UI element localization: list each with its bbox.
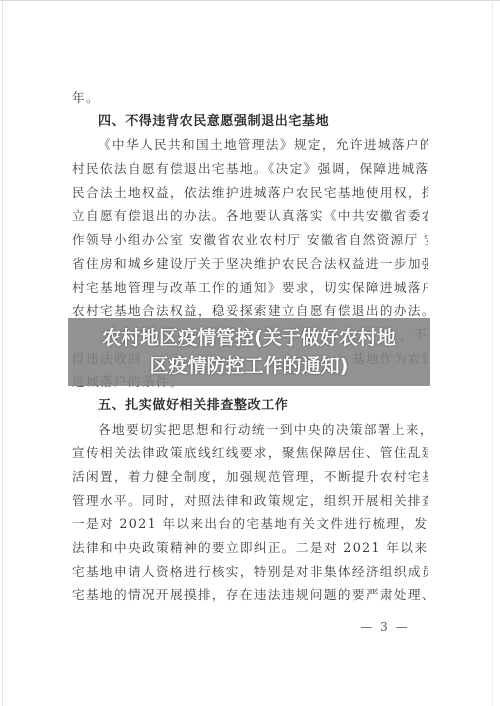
text-line: 村宅基地管理与改革工作的通知》要求，切实保障进城落户农民 [72,276,428,300]
text-line: 村民依法自愿有偿退出宅基地。《决定》强调，保障进城落户农 [72,157,428,181]
text-line: 法律和中央政策精神的要立即纠正。二是对 2021 年以来审批的 [72,536,428,560]
section-heading-5: 五、扎实做好相关排查整改工作 [72,394,428,418]
page-edge-left [2,0,3,706]
section-heading-4: 四、不得违背农民意愿强制退出宅基地 [72,110,428,134]
page-edge-top [0,0,500,1]
text-line: 一是对 2021 年以来出台的宅基地有关文件进行梳理，发现违反 [72,512,428,536]
text-line: 管理水平。同时，对照法律和政策规定，组织开展相关排查整改。 [72,489,428,513]
overlay-title-line-2: 区疫情防控工作的通知) [68,352,430,380]
overlay-title: 农村地区疫情管控(关于做好农村地 区疫情防控工作的通知) [68,318,430,380]
text-line: 省住房和城乡建设厅关于坚决维护农民合法权益进一步加强农 [72,252,428,276]
page-edge-right [492,0,493,706]
text-line: 立自愿有偿退出的办法。各地要认真落实《中共安徽省委农村工 [72,204,428,228]
page-number: — 3 — [335,620,435,634]
text-line: 《中华人民共和国土地管理法》规定，允许进城落户的农村 [72,133,428,157]
text-line: 宣传相关法律政策底线红线要求，聚焦保障居住、管住乱建、盘 [72,441,428,465]
overlay-title-line-1: 农村地区疫情管控(关于做好农村地 [68,324,430,352]
text-line: 作领导小组办公室 安徽省农业农村厅 安徽省自然资源厅 安徽 [72,228,428,252]
text-line: 民合法土地权益，依法维护进城落户农民宅基地使用权，探索建 [72,181,428,205]
text-line: 年。 [72,86,428,110]
text-line: 各地要切实把思想和行动统一到中央的决策部署上来，广泛 [72,418,428,442]
text-line: 宅基地的情况开展摸排，存在违法违规问题的要严肃处理、整改 [72,583,428,607]
document-page: 年。 四、不得违背农民意愿强制退出宅基地 《中华人民共和国土地管理法》规定，允许… [0,0,500,706]
text-line: 活闲置，着力健全制度，加强规范管理，不断提升农村宅基地的 [72,465,428,489]
text-line: 宅基地申请人资格进行核实，特别是对非集体经济组织成员获批 [72,560,428,584]
